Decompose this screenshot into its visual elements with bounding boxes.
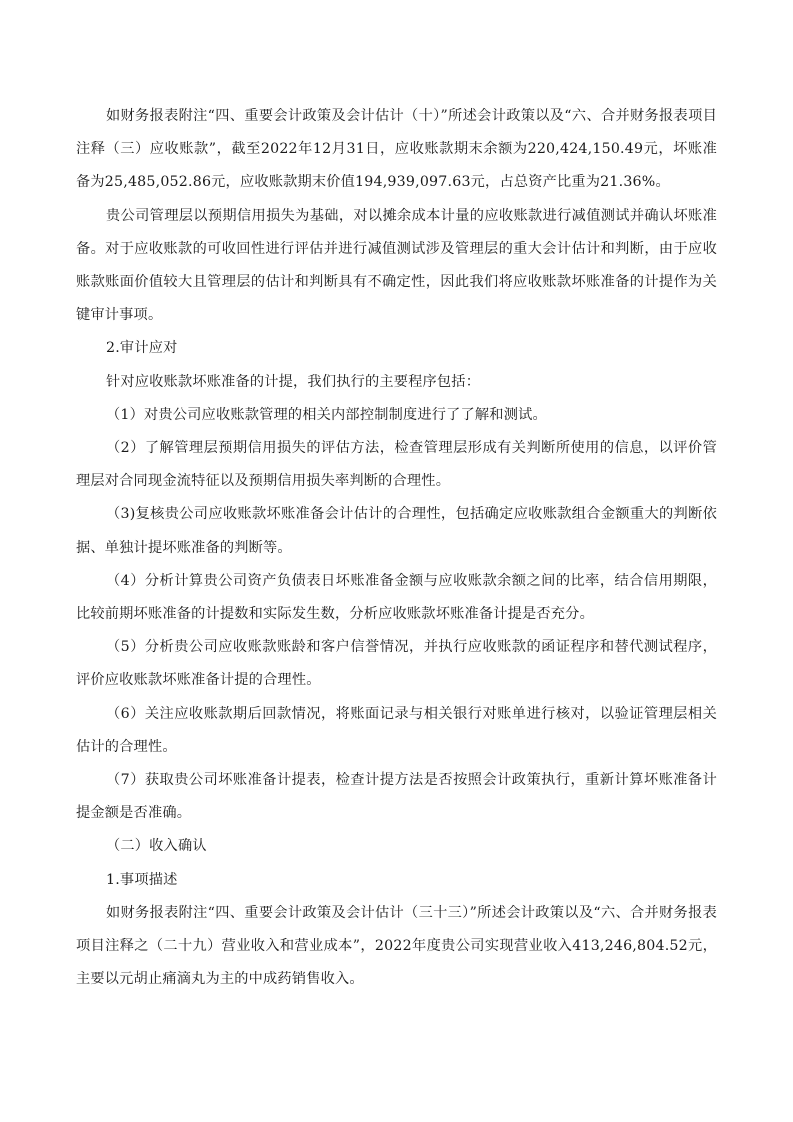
procedure-item-1: （1）对贵公司应收账款管理的相关内部控制制度进行了了解和测试。	[76, 399, 717, 432]
audit-response-intro: 针对应收账款坏账准备的计提，我们执行的主要程序包括：	[76, 366, 717, 399]
procedure-item-7: （7）获取贵公司坏账准备计提表，检查计提方法是否按照会计政策执行，重新计算坏账准…	[76, 764, 717, 830]
revenue-recognition-title: （二）收入确认	[76, 830, 717, 863]
receivables-description-paragraph: 如财务报表附注“四、重要会计政策及会计估计（十）”所述会计政策以及“六、合并财务…	[76, 100, 717, 200]
procedure-item-5: （5）分析贵公司应收账款账龄和客户信誉情况，并执行应收账款的函证程序和替代测试程…	[76, 631, 717, 697]
procedure-item-2: （2）了解管理层预期信用损失的评估方法，检查管理层形成有关判断所使用的信息，以评…	[76, 432, 717, 498]
procedure-item-3: （3)复核贵公司应收账款坏账准备会计估计的合理性，包括确定应收账款组合金额重大的…	[76, 498, 717, 564]
matter-description-heading: 1.事项描述	[76, 864, 717, 897]
revenue-description-paragraph: 如财务报表附注“四、重要会计政策及会计估计（三十三）”所述会计政策以及“六、合并…	[76, 897, 717, 997]
procedure-item-6: （6）关注应收账款期后回款情况，将账面记录与相关银行对账单进行核对，以验证管理层…	[76, 698, 717, 764]
management-judgment-paragraph: 贵公司管理层以预期信用损失为基础，对以摊余成本计量的应收账款进行减值测试并确认坏…	[76, 200, 717, 333]
audit-response-heading: 2.审计应对	[76, 332, 717, 365]
document-page: 如财务报表附注“四、重要会计政策及会计估计（十）”所述会计政策以及“六、合并财务…	[76, 100, 717, 996]
procedure-item-4: （4）分析计算贵公司资产负债表日坏账准备金额与应收账款余额之间的比率，结合信用期…	[76, 565, 717, 631]
